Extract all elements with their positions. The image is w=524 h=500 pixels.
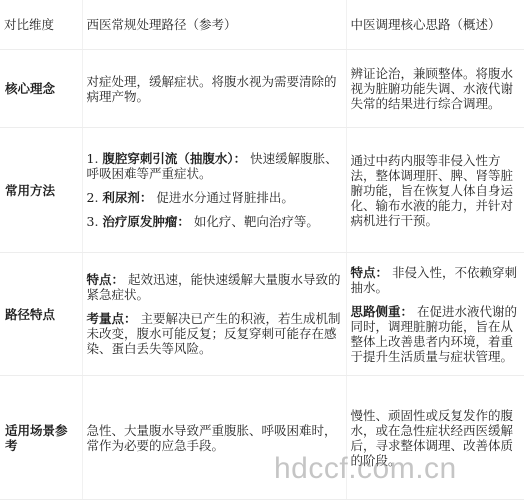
row-dimension: 适用场景参考 [0, 376, 82, 500]
method-item: 1. 腹腔穿刺引流（抽腹水）： 快速缓解腹胀、呼吸困难等严重症状。 [87, 151, 342, 181]
header-dimension: 对比维度 [0, 0, 82, 50]
feature-item: 特点： 起效迅速，能快速缓解大量腹水导致的紧急症状。 [87, 272, 342, 302]
method-desc: 如化疗、靶向治疗等。 [194, 214, 319, 229]
method-title: 利尿剂： [102, 190, 152, 205]
row-dimension: 路径特点 [0, 253, 82, 376]
feature-item: 思路侧重： 在促进水液代谢的同时，调理脏腑功能，旨在从整体上改善患者内环境，着重… [351, 304, 521, 364]
table-row: 核心理念 对症处理，缓解症状。将腹水视为需要清除的病理产物。 辨证论治，兼顾整体… [0, 50, 524, 128]
feature-item: 考量点： 主要解决已产生的积液，若生成机制未改变，腹水可能反复；反复穿刺可能存在… [87, 311, 342, 356]
tcm-cell: 辨证论治，兼顾整体。将腹水视为脏腑功能失调、水液代谢失常的结果进行综合调理。 [346, 50, 524, 128]
method-item: 3. 治疗原发肿瘤： 如化疗、靶向治疗等。 [87, 214, 342, 229]
row-dimension: 核心理念 [0, 50, 82, 128]
feature-item: 特点： 非侵入性，不依赖穿刺抽水。 [351, 265, 521, 295]
tcm-cell: 慢性、顽固性或反复发作的腹水，或在急性症状经西医缓解后，寻求整体调理、改善体质的… [346, 376, 524, 500]
comparison-table: 对比维度 西医常规处理路径（参考） 中医调理核心思路（概述） 核心理念 对症处理… [0, 0, 524, 500]
feature-desc: 起效迅速，能快速缓解大量腹水导致的紧急症状。 [87, 272, 341, 302]
western-cell: 对症处理，缓解症状。将腹水视为需要清除的病理产物。 [82, 50, 346, 128]
feature-title: 特点： [351, 265, 389, 280]
feature-title: 特点： [87, 272, 125, 287]
table-row: 适用场景参考 急性、大量腹水导致严重腹胀、呼吸困难时，常作为必要的应急手段。 慢… [0, 376, 524, 500]
method-title: 腹腔穿刺引流（抽腹水）： [102, 151, 246, 166]
table-header-row: 对比维度 西医常规处理路径（参考） 中医调理核心思路（概述） [0, 0, 524, 50]
header-western: 西医常规处理路径（参考） [82, 0, 346, 50]
header-tcm: 中医调理核心思路（概述） [346, 0, 524, 50]
tcm-cell: 特点： 非侵入性，不依赖穿刺抽水。 思路侧重： 在促进水液代谢的同时，调理脏腑功… [346, 253, 524, 376]
feature-title: 思路侧重： [351, 304, 414, 319]
method-desc: 促进水分通过肾脏排出。 [156, 190, 294, 205]
method-item: 2. 利尿剂： 促进水分通过肾脏排出。 [87, 190, 342, 205]
table-row: 路径特点 特点： 起效迅速，能快速缓解大量腹水导致的紧急症状。 考量点： 主要解… [0, 253, 524, 376]
method-title: 治疗原发肿瘤： [102, 214, 190, 229]
row-dimension: 常用方法 [0, 128, 82, 253]
table-row: 常用方法 1. 腹腔穿刺引流（抽腹水）： 快速缓解腹胀、呼吸困难等严重症状。 2… [0, 128, 524, 253]
western-cell: 特点： 起效迅速，能快速缓解大量腹水导致的紧急症状。 考量点： 主要解决已产生的… [82, 253, 346, 376]
tcm-cell: 通过中药内服等非侵入性方法，整体调理肝、脾、肾等脏腑功能，旨在恢复人体自身运化、… [346, 128, 524, 253]
feature-title: 考量点： [87, 311, 137, 326]
western-cell: 急性、大量腹水导致严重腹胀、呼吸困难时，常作为必要的应急手段。 [82, 376, 346, 500]
western-cell: 1. 腹腔穿刺引流（抽腹水）： 快速缓解腹胀、呼吸困难等严重症状。 2. 利尿剂… [82, 128, 346, 253]
